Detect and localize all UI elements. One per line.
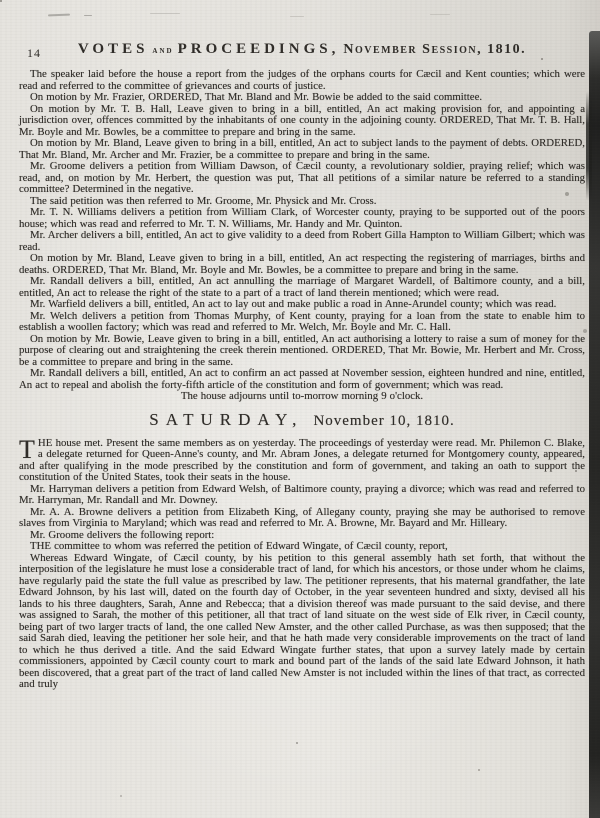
scan-smudge — [290, 16, 304, 17]
title-word-and: and — [152, 45, 173, 56]
journal-paragraph: On motion by Mr. Bland, Leave given to b… — [19, 138, 585, 161]
saturday-heading: SATURDAY,November 10, 1810. — [19, 410, 585, 430]
journal-paragraph: The speaker laid before the house a repo… — [19, 69, 585, 92]
saturday-opening-paragraph: THE house met. Present the same members … — [19, 438, 585, 484]
drop-cap: T — [19, 438, 38, 460]
scan-smudge — [84, 15, 92, 16]
scan-smudge — [430, 14, 450, 15]
scanned-journal-page: 14 VOTES and PROCEEDINGS, November Sessi… — [0, 0, 600, 818]
adjournment-line: The house adjourns until to-morrow morni… — [19, 391, 585, 403]
journal-paragraph: Mr. T. N. Williams delivers a petition f… — [19, 207, 585, 230]
book-gutter-shadow — [589, 31, 600, 818]
title-session: November Session, 1810. — [343, 42, 526, 57]
opening-text: HE house met. Present the same members a… — [19, 437, 585, 484]
scan-specks — [0, 0, 2, 2]
saturday-proceedings: THE house met. Present the same members … — [19, 438, 585, 691]
heading-day: SATURDAY, — [149, 410, 303, 429]
title-word-proceedings: PROCEEDINGS, — [178, 41, 340, 57]
journal-paragraph: Mr. Archer delivers a bill, entitled, An… — [19, 230, 585, 253]
journal-paragraph: Mr. Groome delivers a petition from Will… — [19, 161, 585, 196]
running-header: 14 VOTES and PROCEEDINGS, November Sessi… — [19, 40, 585, 62]
saturday-paragraph-list: Mr. Harryman delivers a petition from Ed… — [19, 484, 585, 691]
journal-paragraph: On motion by Mr. T. B. Hall, Leave given… — [19, 104, 585, 139]
journal-paragraph: On motion by Mr. Frazier, ORDERED, That … — [19, 92, 585, 104]
journal-paragraph: On motion by Mr. Bland, Leave given to b… — [19, 253, 585, 276]
heading-date: November 10, 1810. — [313, 413, 454, 429]
journal-paragraph: Mr. Welch delivers a petition from Thoma… — [19, 311, 585, 334]
friday-paragraph-list: The speaker laid before the house a repo… — [19, 69, 585, 391]
journal-paragraph: Mr. Randall delivers a bill, entitled, A… — [19, 276, 585, 299]
page-content: 14 VOTES and PROCEEDINGS, November Sessi… — [19, 40, 585, 691]
journal-paragraph: Mr. A. A. Browne delivers a petition fro… — [19, 507, 585, 530]
title-word-votes: VOTES — [78, 41, 149, 57]
journal-title: VOTES and PROCEEDINGS, November Session,… — [19, 40, 585, 58]
journal-paragraph: THE committee to whom was referred the p… — [19, 541, 585, 553]
journal-paragraph: On motion by Mr. Bowie, Leave given to b… — [19, 334, 585, 369]
friday-proceedings: The speaker laid before the house a repo… — [19, 69, 585, 403]
scan-smudge — [48, 14, 70, 17]
journal-paragraph: Mr. Randall delivers a bill, entitled, A… — [19, 368, 585, 391]
scan-smudge — [150, 13, 180, 14]
journal-paragraph: Mr. Warfield delivers a bill, entitled, … — [19, 299, 585, 311]
journal-paragraph: Whereas Edward Wingate, of Cæcil county,… — [19, 553, 585, 691]
journal-paragraph: Mr. Harryman delivers a petition from Ed… — [19, 484, 585, 507]
